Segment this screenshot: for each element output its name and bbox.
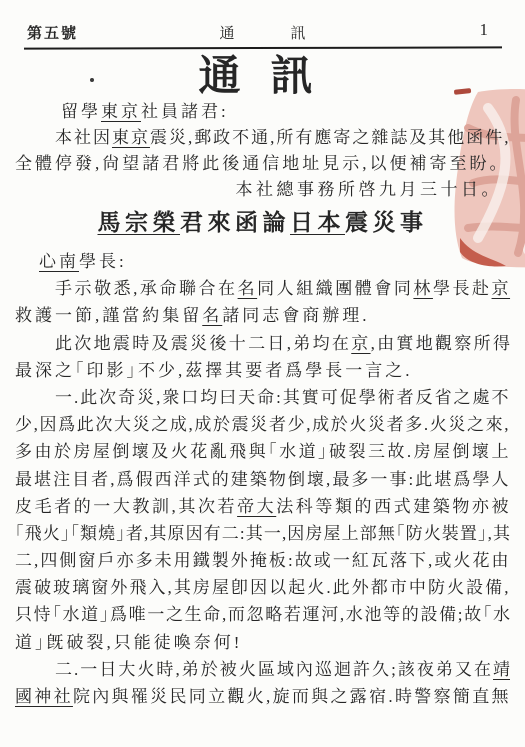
text-segment: 學長赴 xyxy=(433,279,492,298)
text-line: 只恃｢水道｣爲唯一之生命,而忽略若運河,水池等的設備;故｢水 xyxy=(15,601,510,628)
text-segment: ｢飛火｣｢類燒｣者,其原因有二:其一,因房屋上部無｢防火裝置｣,其 xyxy=(15,524,510,543)
text-segment: 本社總事務所啓九月三十日。 xyxy=(236,180,503,199)
text-line: 本社因東京震災,郵政不通,所有應寄之雜誌及其他函件, xyxy=(15,125,510,151)
text-line: 最堪注目者,爲假西洋式的建築物倒壞,最多一事:此堪爲學人 xyxy=(15,466,510,493)
text-line: 馬宗榮君來函論日本震災事 xyxy=(0,206,525,240)
text-segment: 學長: xyxy=(79,252,127,271)
proper-name-underlined: 東京 xyxy=(112,128,150,147)
text-line: 救護一節,謹當約集留名諸同志會商辦理. xyxy=(15,302,510,329)
text-line: 心南學長: xyxy=(15,248,510,275)
text-segment: 此次地震時及震災後十二日,弟均在 xyxy=(55,334,351,353)
proper-name-underlined: 心南 xyxy=(39,252,79,271)
page-number: 1 xyxy=(480,20,489,40)
proper-name-underlined: 京 xyxy=(351,334,370,353)
text-segment: 多由於房屋倒壞及火花亂飛與｢水道｣破裂三故.房屋倒壞上 xyxy=(15,442,510,461)
text-line: 國神社院內與罹災民同立觀火,旋而與之露宿.時警察簡直無 xyxy=(15,683,510,710)
text-segment: 同人組織團體會同 xyxy=(257,279,413,298)
text-segment: 社員諸君: xyxy=(141,102,229,121)
text-line: 少,因爲此次大災之成,成於震災者少,成於火災者多.火災之來, xyxy=(15,411,510,438)
stray-ink-dot xyxy=(90,78,94,82)
text-line: 二.一日大火時,弟於被火區域內巡迴許久;該夜弟又在靖 xyxy=(15,656,510,683)
text-segment: 震破玻璃窗外飛入,其房屋卽因以起火.此外都市中防火設備, xyxy=(15,578,510,597)
text-line: 本社總事務所啓九月三十日。 xyxy=(15,177,510,203)
text-line: 震破玻璃窗外飛入,其房屋卽因以起火.此外都市中防火設備, xyxy=(15,574,510,601)
proper-name-underlined: 名 xyxy=(202,306,222,325)
text-line: 二,四側窗戶亦多未用鐵製外掩板:故或一紅瓦落下,或火花由 xyxy=(15,547,510,574)
text-segment: ,由實地觀察所得 xyxy=(371,334,510,353)
proper-name-underlined: 名 xyxy=(238,279,258,298)
running-title-char-left: 通 xyxy=(219,26,234,42)
text-line: 一.此次奇災,衆口均曰天命:其實可促學術者反省之處不 xyxy=(15,384,510,411)
proper-name-underlined: 京 xyxy=(492,279,511,298)
proper-name-underlined: 東京 xyxy=(101,102,141,121)
masthead: 第五號 通訊 1 xyxy=(0,22,525,44)
text-segment: 留學 xyxy=(61,102,101,121)
text-segment: 震災事 xyxy=(345,210,428,235)
text-segment: 少,因爲此次大災之成,成於震災者少,成於火災者多.火災之來, xyxy=(15,415,510,434)
text-segment: 一.此次奇災,衆口均曰天命:其實可促學術者反省之處不 xyxy=(55,388,510,407)
text-line: 全體停發,尙望諸君將此後通信地址見示,以便補寄至盼。 xyxy=(15,151,510,177)
proper-name-underlined: 靖 xyxy=(493,660,510,679)
letter-body: 心南學長:手示敬悉,承命聯合在名同人組織團體會同林學長赴京救護一節,謹當約集留名… xyxy=(15,248,510,710)
text-line: ｢飛火｣｢類燒｣者,其原因有二:其一,因房屋上部無｢防火裝置｣,其 xyxy=(15,520,510,547)
article-title-char-left: 通 xyxy=(198,54,240,100)
proper-name-underlined: 帝大 xyxy=(237,497,276,516)
text-line: 此次地震時及震災後十二日,弟均在京,由實地觀察所得 xyxy=(15,330,510,357)
text-segment: 全體停發,尙望諸君將此後通信地址見示,以便補寄至盼。 xyxy=(15,154,510,173)
text-segment: 二,四側窗戶亦多未用鐵製外掩板:故或一紅瓦落下,或火花由 xyxy=(15,551,510,570)
text-segment: 二.一日大火時,弟於被火區域內巡迴許久;該夜弟又在 xyxy=(55,660,493,679)
text-segment: 本社因 xyxy=(55,128,112,147)
running-title-char-right: 訊 xyxy=(291,26,306,42)
letter-section-heading: 馬宗榮君來函論日本震災事 xyxy=(0,206,525,240)
proper-name-underlined: 林 xyxy=(413,279,433,298)
text-segment: 諸同志會商辦理. xyxy=(222,306,369,325)
text-segment: 最深之｢印影｣不少,茲擇其要者爲學長一言之. xyxy=(15,361,413,380)
text-line: 留學東京社員諸君: xyxy=(15,99,510,125)
notice-paragraph: 留學東京社員諸君:本社因東京震災,郵政不通,所有應寄之雜誌及其他函件,全體停發,… xyxy=(15,99,510,203)
text-segment: 皮毛者的一大教訓,其次若 xyxy=(15,497,237,516)
running-title: 通訊 xyxy=(0,22,525,43)
article-title: 通訊 xyxy=(0,53,511,101)
proper-name-underlined: 馬宗榮 xyxy=(98,210,181,235)
text-segment: 院內與罹災民同立觀火,旋而與之露宿.時警察簡直無 xyxy=(73,687,510,706)
seal-top-dash xyxy=(454,88,471,95)
article-title-char-right: 訊 xyxy=(271,54,313,100)
text-line: 道｣旣破裂,只能徒喚奈何! xyxy=(15,629,510,656)
text-segment: 最堪注目者,爲假西洋式的建築物倒壞,最多一事:此堪爲學人 xyxy=(15,470,510,489)
text-segment: 君來函論 xyxy=(180,210,290,235)
text-segment: 震災,郵政不通,所有應寄之雜誌及其他函件, xyxy=(150,128,510,147)
text-segment: 道｣旣破裂,只能徒喚奈何! xyxy=(15,633,242,652)
text-line: 最深之｢印影｣不少,茲擇其要者爲學長一言之. xyxy=(15,357,510,384)
text-line: 手示敬悉,承命聯合在名同人組織團體會同林學長赴京 xyxy=(15,275,510,302)
masthead-divider xyxy=(24,46,502,49)
scanned-document-page: 第五號 通訊 1 通訊 留學東京社員諸君:本社因東京震災,郵政不通,所有應寄之雜… xyxy=(0,0,525,747)
proper-name-underlined: 日本 xyxy=(290,210,345,235)
text-line: 皮毛者的一大教訓,其次若帝大法科等類的西式建築物亦被 xyxy=(15,493,510,520)
text-segment: 只恃｢水道｣爲唯一之生命,而忽略若運河,水池等的設備;故｢水 xyxy=(15,605,510,624)
text-segment: 法科等類的西式建築物亦被 xyxy=(276,497,510,516)
text-segment: 手示敬悉,承命聯合在 xyxy=(55,279,238,298)
text-line: 多由於房屋倒壞及火花亂飛與｢水道｣破裂三故.房屋倒壞上 xyxy=(15,438,510,465)
text-segment: 救護一節,謹當約集留 xyxy=(15,306,202,325)
proper-name-underlined: 國神社 xyxy=(15,687,73,706)
